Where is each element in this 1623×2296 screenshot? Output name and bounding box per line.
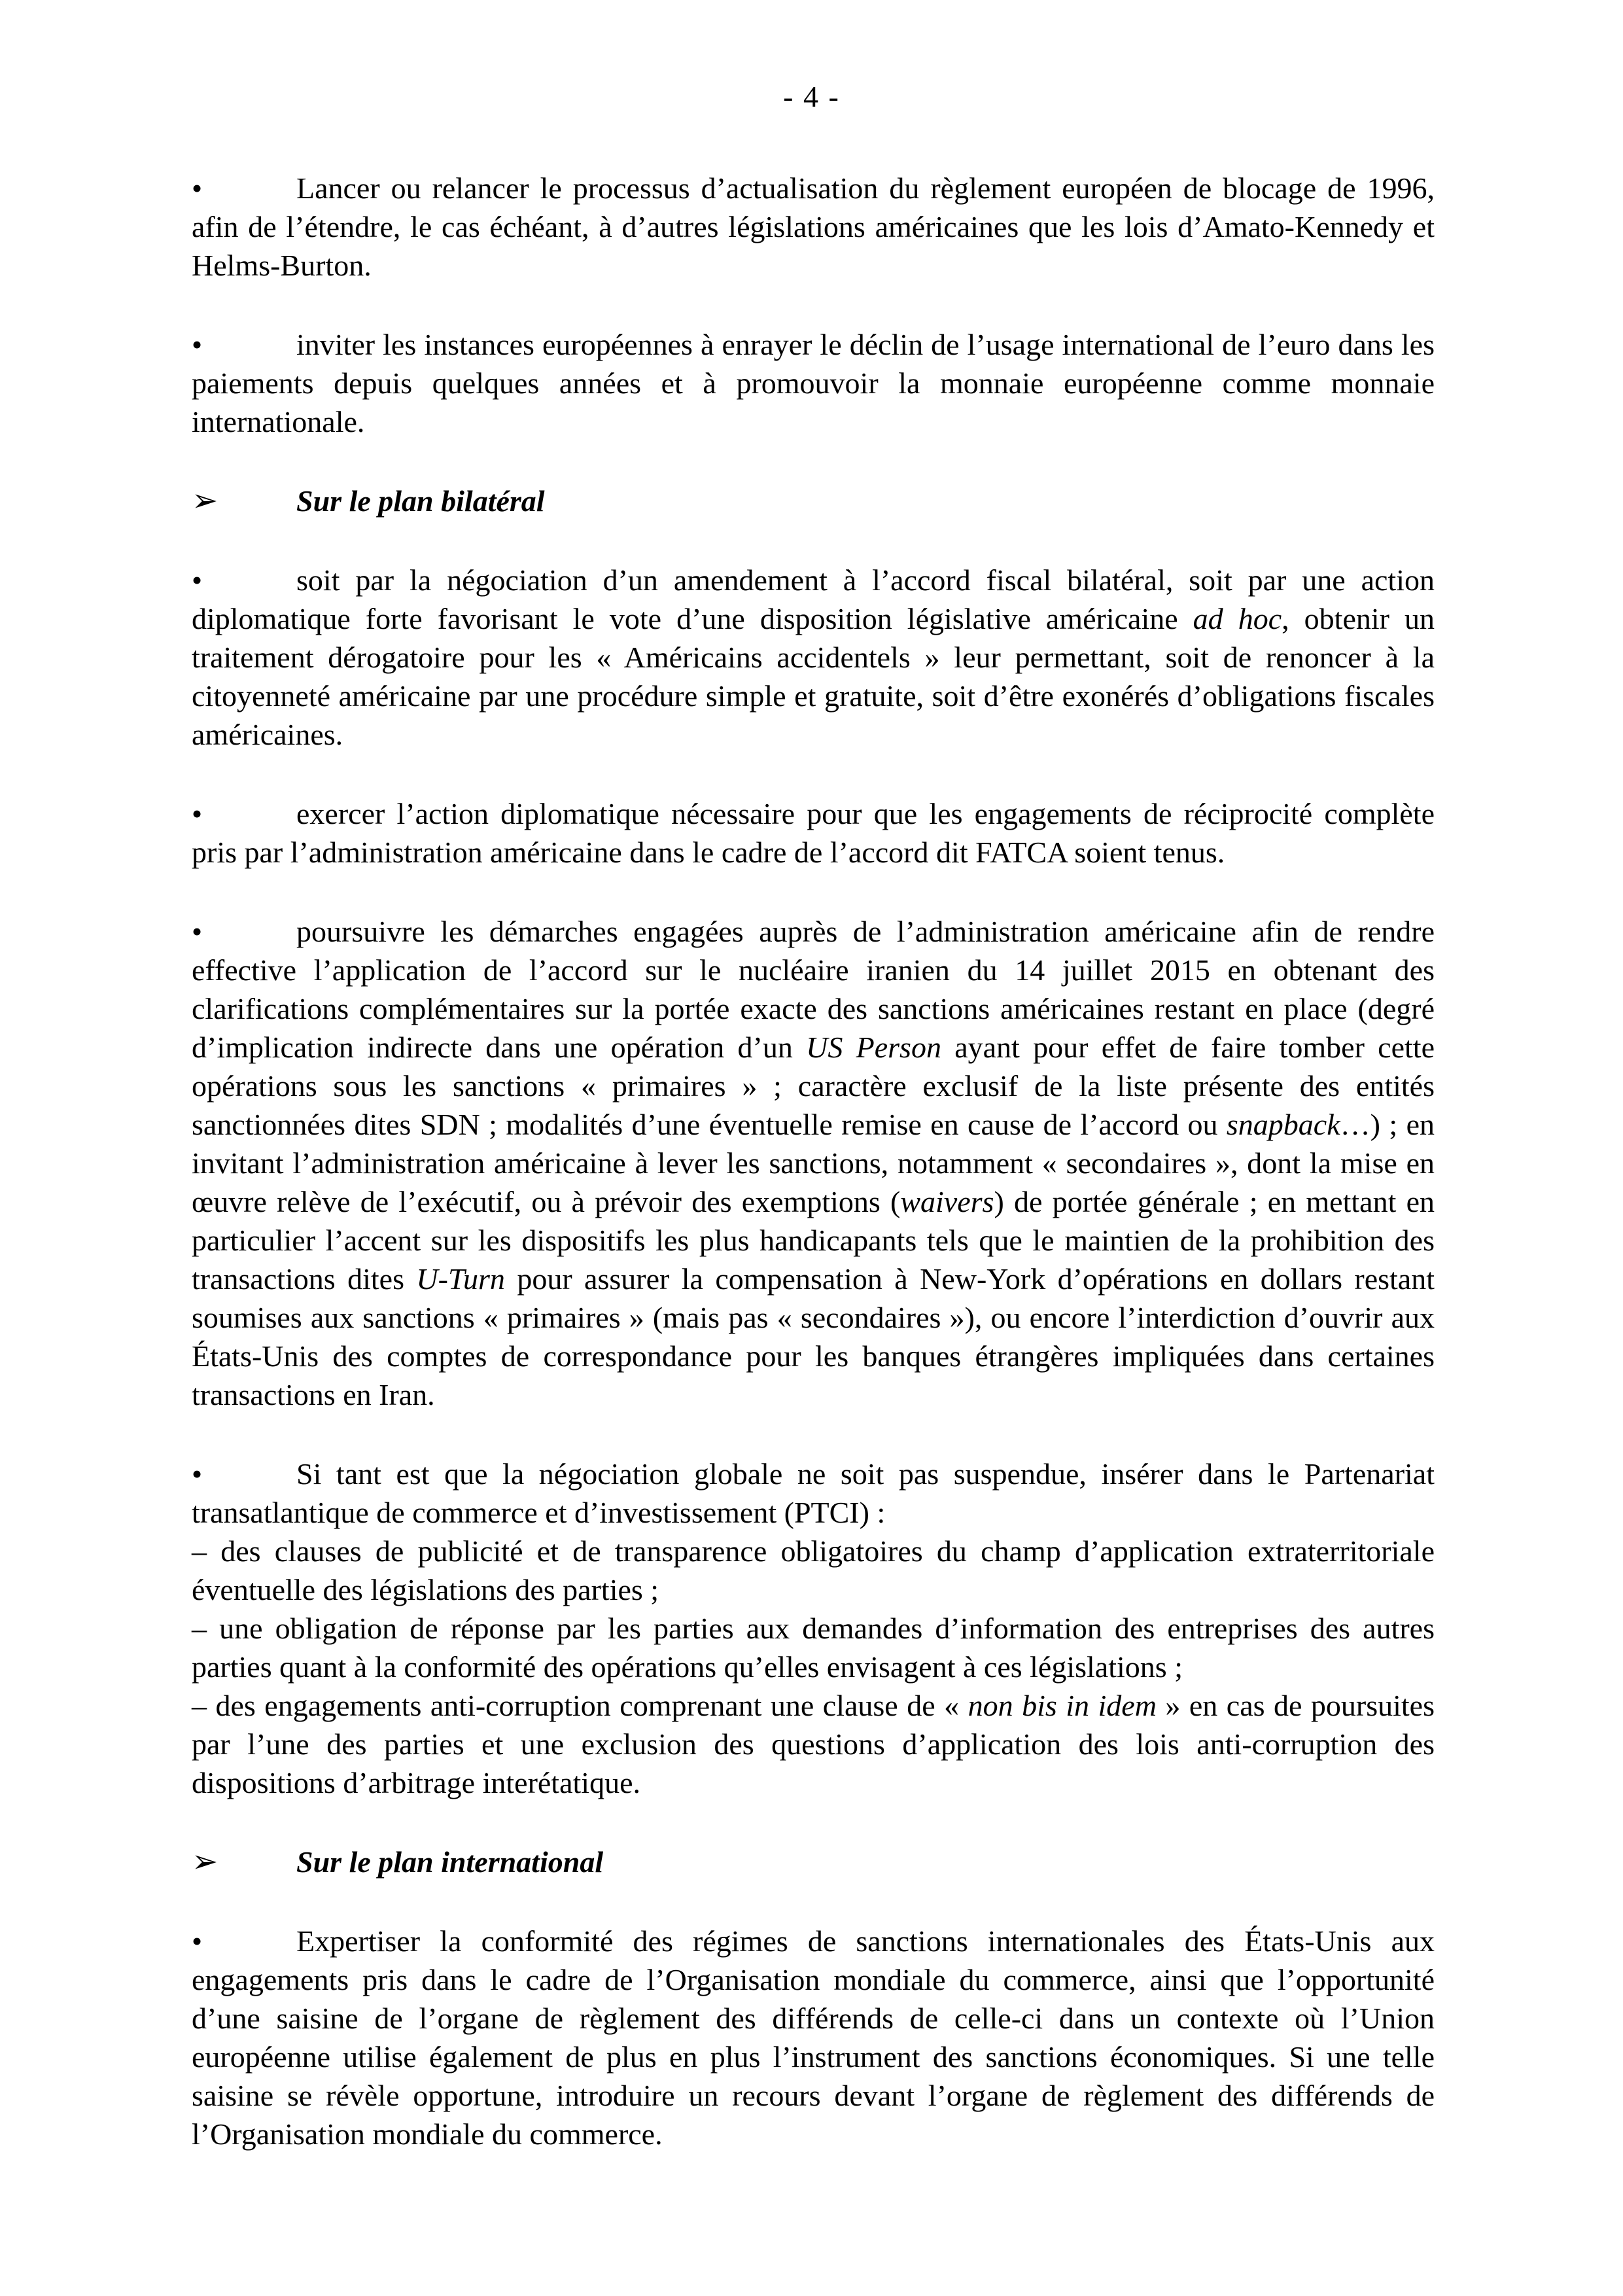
text-run: ad hoc (1193, 602, 1282, 635)
arrow-bullet-icon: ➢ (192, 482, 218, 520)
text-run: U-Turn (416, 1262, 504, 1296)
bullet-item: •soit par la négociation d’un amendement… (192, 561, 1435, 754)
text-run: Sur le plan bilatéral (296, 484, 545, 518)
bullet-item: •Lancer ou relancer le processus d’actua… (192, 169, 1435, 285)
text-run: non bis in idem (968, 1689, 1157, 1722)
section-heading: ➢Sur le plan bilatéral (192, 482, 1435, 520)
document-content: •Lancer ou relancer le processus d’actua… (192, 169, 1435, 2194)
text-run: US Person (806, 1031, 941, 1064)
dash-sub-item: – des engagements anti-corruption compre… (192, 1686, 1435, 1802)
bullet-icon: • (192, 1455, 202, 1493)
bullet-icon: • (192, 1922, 202, 1960)
text-run: exercer l’action diplomatique nécessaire… (192, 797, 1435, 869)
text-run: Si tant est que la négociation globale n… (192, 1457, 1435, 1529)
text-run: Sur le plan international (296, 1845, 603, 1879)
text-run: inviter les instances européennes à enra… (192, 328, 1435, 438)
text-run: snapback (1227, 1108, 1340, 1141)
text-run: Expertiser la conformité des régimes de … (192, 1924, 1435, 2151)
bullet-icon: • (192, 912, 202, 951)
page-number: - 4 - (0, 80, 1623, 114)
bullet-icon: • (192, 794, 202, 833)
bullet-item: •Si tant est que la négociation globale … (192, 1455, 1435, 1532)
bullet-item: •inviter les instances européennes à enr… (192, 325, 1435, 441)
text-run: waivers (900, 1185, 994, 1218)
dash-sub-item: – des clauses de publicité et de transpa… (192, 1532, 1435, 1609)
section-heading: ➢Sur le plan international (192, 1843, 1435, 1881)
bullet-item: •exercer l’action diplomatique nécessair… (192, 794, 1435, 872)
dash-sub-item: – une obligation de réponse par les part… (192, 1609, 1435, 1686)
document-page: - 4 - •Lancer ou relancer le processus d… (0, 0, 1623, 2296)
text-run: – une obligation de réponse par les part… (192, 1612, 1435, 1684)
bullet-icon: • (192, 169, 202, 207)
arrow-bullet-icon: ➢ (192, 1843, 218, 1881)
bullet-icon: • (192, 325, 202, 364)
text-run: Lancer ou relancer le processus d’actual… (192, 171, 1435, 282)
text-run: – des engagements anti-corruption compre… (192, 1689, 968, 1722)
bullet-item: •Expertiser la conformité des régimes de… (192, 1922, 1435, 2153)
bullet-item: •poursuivre les démarches engagées auprè… (192, 912, 1435, 1414)
text-run: – des clauses de publicité et de transpa… (192, 1534, 1435, 1606)
bullet-icon: • (192, 561, 202, 599)
